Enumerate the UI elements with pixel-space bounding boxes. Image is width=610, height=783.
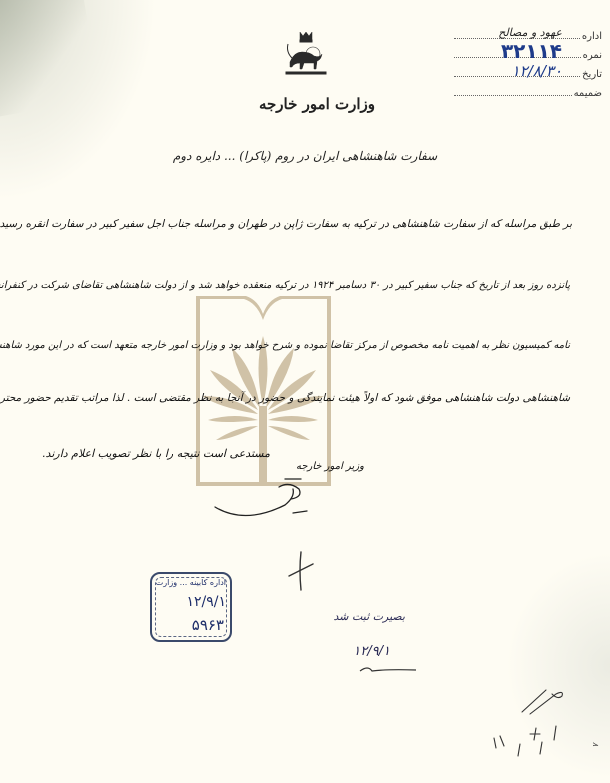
body-line-2: پانزده روز بعد از تاریخ که جناب سفیر کبی… (0, 280, 570, 291)
number-value: ۳۲۱۱۴ (501, 39, 562, 63)
department-label: اداره (582, 31, 602, 42)
number-label: نمره (583, 50, 602, 61)
department-value: عهود و مصالح (498, 26, 562, 39)
ministry-name: وزارت امور خارجه (0, 95, 610, 113)
handwritten-note-date: ۱۲/۹/۱ (353, 644, 390, 659)
body-line-1: بر طبق مراسله که از سفارت شاهنشاهی در تر… (0, 218, 572, 230)
date-label: تاریخ (582, 69, 602, 80)
handwritten-note: بصیرت ثبت شد (333, 610, 405, 623)
page-number: ۸ (591, 742, 600, 746)
lion-and-sun-emblem-icon (276, 30, 336, 80)
bottom-right-marks-icon (490, 680, 590, 760)
stamp-number: ۵۹۶۳ (192, 616, 224, 634)
underline-stroke-icon (358, 663, 418, 675)
letter-subtitle: سفارت شاهنشاهی ایران در روم (پاکرا) ... … (0, 149, 610, 163)
header-form: اداره عهود و مصالح نمره ۳۲۱۱۴ تاریخ ۱۲/۸… (452, 28, 602, 104)
date-row: تاریخ ۱۲/۸/۳۰ (452, 66, 602, 85)
signature-icon (205, 475, 335, 525)
closing-title: وزیر امور خارجه (296, 461, 364, 472)
body-line-3: نامه کمیسیون نظر به اهمیت نامه مخصوص از … (0, 340, 570, 351)
stamp-date: ۱۲/۹/۱ (186, 594, 226, 610)
stamp-title: اداره کابینه ... وزارت (156, 578, 226, 587)
body-line-4: شاهنشاهی دولت شاهنشاهی موفق شود که اولاً… (0, 392, 570, 404)
date-value: ۱۲/۸/۳۰ (512, 62, 562, 80)
registration-stamp: اداره کابینه ... وزارت ۱۲/۹/۱ ۵۹۶۳ (150, 572, 232, 642)
cross-mark-icon (287, 550, 315, 592)
body-line-5: مستدعی است نتیجه را با نظر تصویب اعلام د… (42, 447, 270, 460)
document-page: اداره عهود و مصالح نمره ۳۲۱۱۴ تاریخ ۱۲/۸… (0, 0, 610, 783)
